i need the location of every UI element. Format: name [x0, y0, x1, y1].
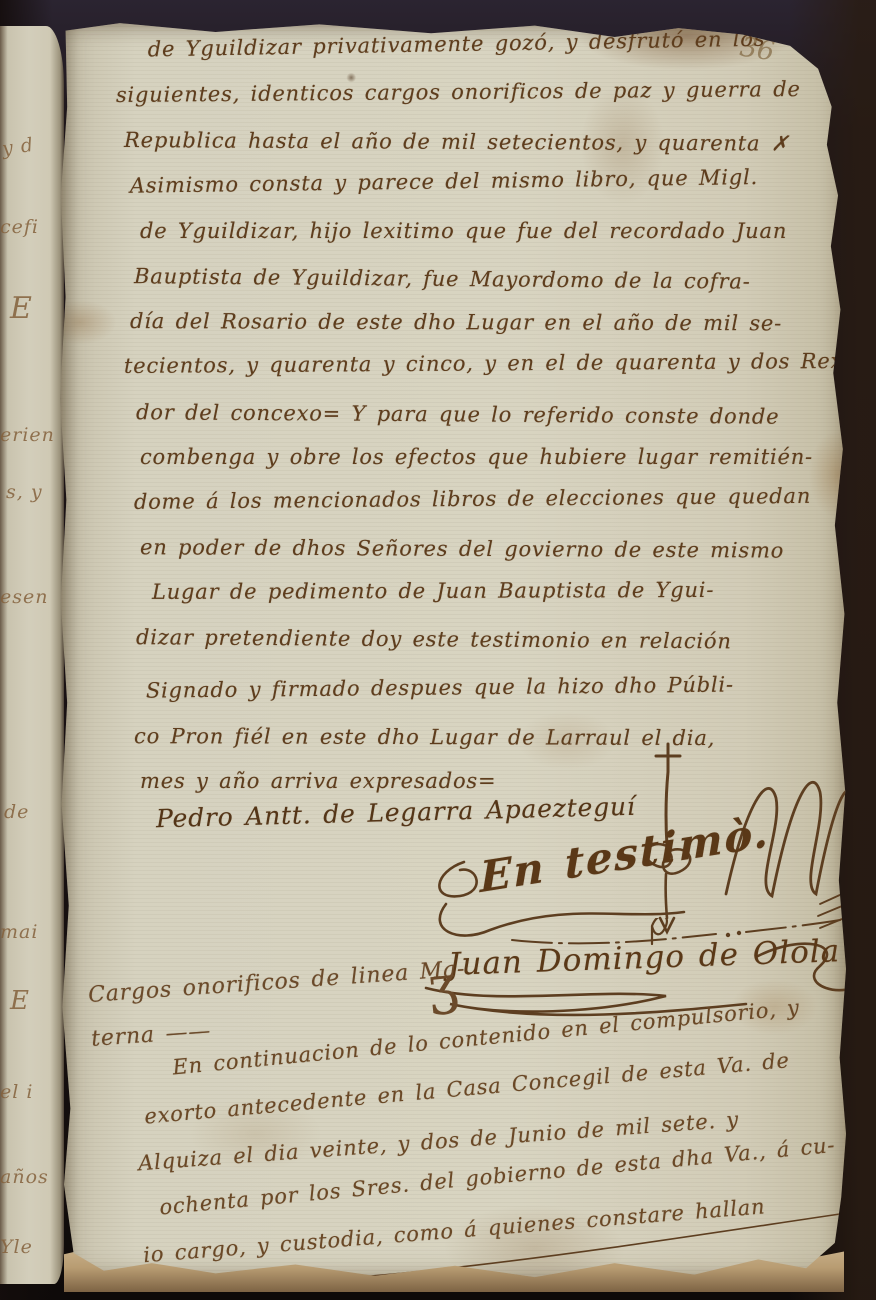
manuscript-line: dome á los mencionados libros de eleccio… [114, 484, 814, 535]
prev-page-text-fragment: E [10, 986, 30, 1016]
manuscript-line: Asimismo consta y parece del mismo libro… [114, 164, 815, 219]
prev-page-text-fragment: de [4, 801, 29, 823]
prev-page-text-fragment: Yle [0, 1236, 33, 1258]
manuscript-line: Signado y firmado despues que la hizo dh… [114, 671, 814, 724]
manuscript-line: dizar pretendiente doy este testimonio e… [114, 625, 814, 675]
manuscript-page: 36 de Yguildizar privativamente gozó, y … [56, 18, 854, 1286]
prev-page-text-fragment: erien [0, 424, 55, 446]
manuscript-line: de Yguildizar, hijo lexitimo que fue del… [114, 219, 814, 264]
main-text-block: de Yguildizar privativamente gozó, y des… [114, 38, 814, 814]
prev-page-text-fragment: cefi [0, 216, 39, 238]
prev-page-text-fragment: E [10, 291, 33, 326]
prev-page-text-fragment: el i [0, 1081, 33, 1103]
manuscript-line: en poder de dhos Señores del govierno de… [114, 535, 814, 584]
prev-page-text-fragment: esen [0, 586, 48, 608]
manuscript-line: tecientos, y quarenta y cinco, y en el d… [114, 349, 814, 399]
manuscript-line: dor del concexo= Y para que lo referido … [114, 400, 814, 450]
prev-page-text-fragment: s, y [6, 481, 43, 503]
manuscript-line: de Yguildizar privativamente gozó, y des… [114, 26, 815, 83]
manuscript-line: combenga y obre los efectos que hubiere … [114, 445, 814, 490]
prev-page-text-fragment: mai [0, 921, 38, 943]
manuscript-line: Bauptista de Yguildizar, fue Mayordomo d… [114, 264, 814, 315]
margin-bracket-icon: ʒ [425, 955, 460, 1018]
previous-page-edge: y d cefi E erien s, y esen de mai E el i… [0, 26, 64, 1284]
manuscript-line: siguientes, identicos cargos onorificos … [114, 77, 814, 128]
prev-page-text-fragment: años [0, 1166, 49, 1188]
manuscript-line: Lugar de pedimento de Juan Bauptista de … [114, 578, 814, 626]
prev-page-text-fragment: y d [1, 134, 36, 160]
